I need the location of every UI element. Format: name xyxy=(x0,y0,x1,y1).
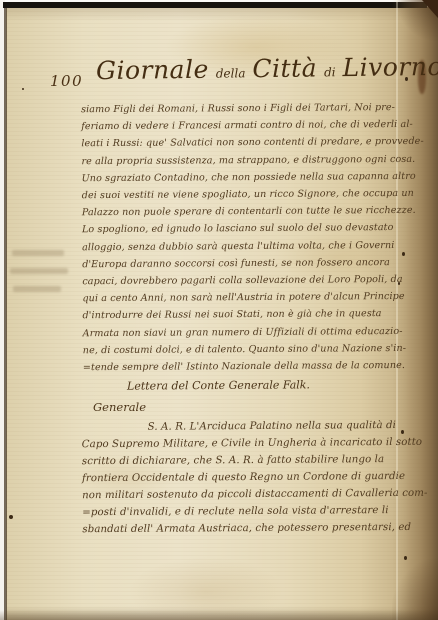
show-through-mark xyxy=(12,250,64,256)
page-number: 100 xyxy=(50,72,83,90)
ink-speck xyxy=(22,88,24,90)
journal-paragraph: siamo Figli dei Romani, i Russi sono i F… xyxy=(81,99,425,377)
title-word-livorno: Livorno xyxy=(342,52,438,82)
manuscript-line: =tende sempre dell' Istinto Nazionale de… xyxy=(83,357,426,377)
page-title: Giornale della Città di Livorno xyxy=(96,52,438,85)
manuscript-line: leati i Russi: que' Salvatici non sono c… xyxy=(81,133,424,153)
manuscript-line: sbandati dell' Armata Austriaca, che pot… xyxy=(82,519,428,538)
ink-speck xyxy=(404,556,407,560)
title-word-di: di xyxy=(324,65,336,79)
ink-speck xyxy=(9,515,13,519)
manuscript-line: alloggio, senza dubbio sarà questa l'ult… xyxy=(82,236,425,256)
manuscript-line: Armata non siavi un gran numero di Uffiz… xyxy=(83,322,426,342)
page-edge-line xyxy=(4,8,7,620)
bottom-scan-shadow xyxy=(0,610,438,620)
manuscript-line: Lo spogliono, ed ignudo lo lasciano sul … xyxy=(82,219,425,239)
letter-paragraph: S. A. R. L'Arciduca Palatino nella sua q… xyxy=(82,417,428,538)
manuscript-line: re alla propria sussistenza, ma strappan… xyxy=(81,150,424,170)
show-through-mark xyxy=(10,268,68,274)
show-through-mark xyxy=(13,286,61,292)
title-word-della: della xyxy=(216,66,246,80)
scan-top-border xyxy=(3,2,427,8)
title-word-giornale: Giornale xyxy=(96,55,209,85)
title-word-citta: Città xyxy=(252,53,317,83)
letter-salutation: Generale xyxy=(93,400,146,414)
letter-heading: Lettera del Conte Generale Falk. xyxy=(127,378,310,392)
manuscript-line: d'introdurre dei Russi nei suoi Stati, n… xyxy=(82,305,425,325)
manuscript-scan: 100 Giornale della Città di Livorno siam… xyxy=(0,0,438,620)
